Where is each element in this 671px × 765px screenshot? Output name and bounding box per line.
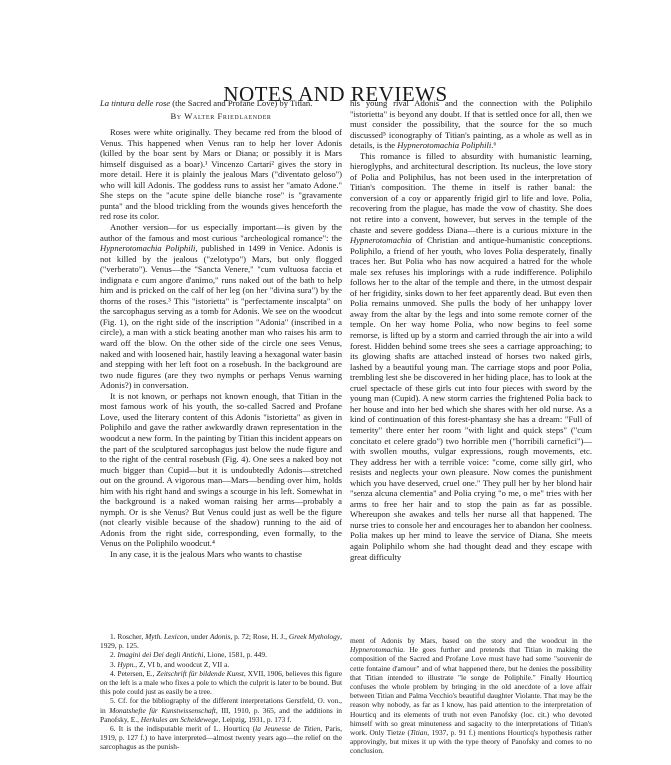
- footnote-6: 6. It is the indisputable merit of L. Ho…: [100, 724, 342, 752]
- paragraph: his young rival Adonis and the connectio…: [350, 98, 592, 151]
- footnotes-right: ment of Adonis by Mars, based on the sto…: [350, 636, 592, 756]
- paragraph: It is not known, or perhaps not known en…: [100, 391, 342, 549]
- text: .⁶: [491, 140, 496, 150]
- italic-title: Hypnerotomachia: [350, 235, 412, 245]
- footnote-1: 1. Roscher, Myth. Lexicon, under Adonis,…: [100, 632, 342, 650]
- byline: By Walter Friedlaender: [100, 111, 342, 122]
- paragraph: In any case, it is the jealous Mars who …: [100, 549, 342, 560]
- footnote-5: 5. Cf. for the bibliography of the diffe…: [100, 696, 342, 724]
- paragraph: This romance is filled to absurdity with…: [350, 151, 592, 562]
- article-heading-italic: La tintura delle rose: [100, 98, 170, 108]
- paragraph: Roses were white originally. They became…: [100, 127, 342, 222]
- article-heading: La tintura delle rose (the Sacred and Pr…: [100, 98, 342, 109]
- footnotes-left: 1. Roscher, Myth. Lexicon, under Adonis,…: [100, 632, 342, 752]
- text: Another version—for us especially import…: [100, 222, 342, 243]
- footnote-4: 4. Petersen, E., Zeitschrift für bildend…: [100, 669, 342, 697]
- article-heading-rest: (the Sacred and Profane Love) by Titian.: [170, 98, 312, 108]
- left-column: La tintura delle rose (the Sacred and Pr…: [100, 98, 342, 560]
- text: of Christian and antique-humanistic conc…: [350, 235, 592, 561]
- paragraph: Another version—for us especially import…: [100, 222, 342, 391]
- footnote-6-continued: ment of Adonis by Mars, based on the sto…: [350, 636, 592, 756]
- footnote-3: 3. Hypn., Z, VI b, and woodcut Z, VII a.: [100, 660, 342, 669]
- text: This romance is filled to absurdity with…: [350, 151, 592, 235]
- footnote-2: 2. Imagini dei Dei degli Antichi, Lione,…: [100, 650, 342, 659]
- right-column: his young rival Adonis and the connectio…: [350, 98, 592, 562]
- italic-title: Hypnerotomachia Poliphili: [397, 140, 491, 150]
- text: , published in 1499 in Venice. Adonis is…: [100, 243, 342, 390]
- italic-title: Hypnerotomachia Poliphili: [100, 243, 195, 253]
